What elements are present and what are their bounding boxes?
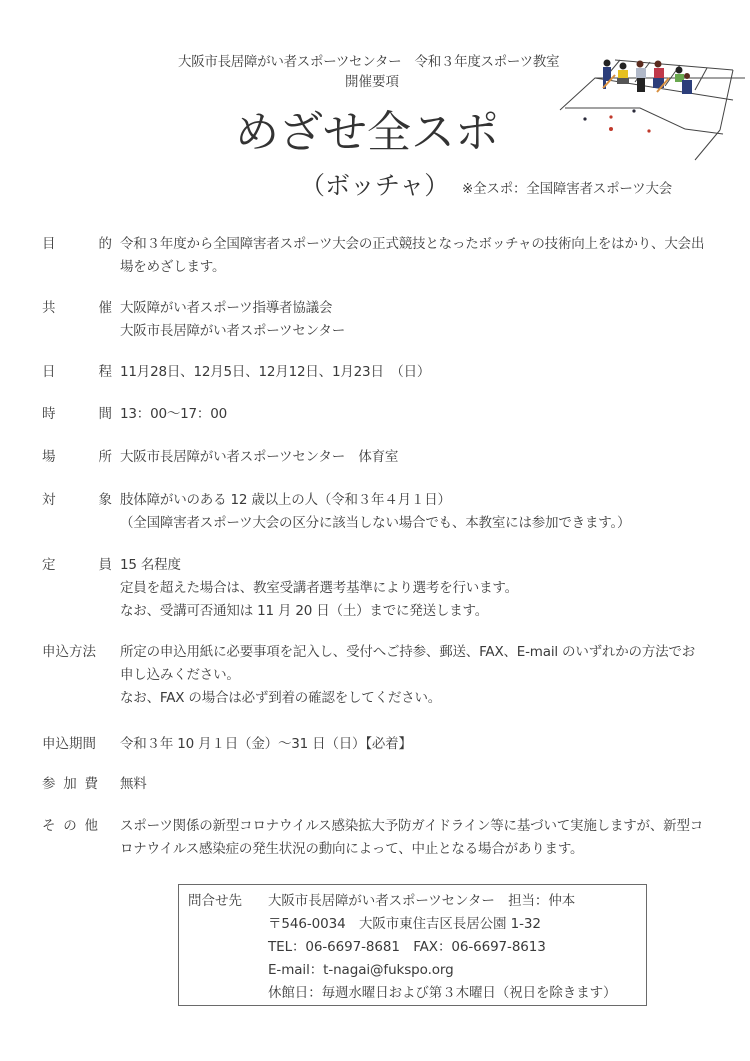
- contact-email[interactable]: E-mail：t-nagai@fukspo.org: [268, 959, 616, 982]
- section-content: 令和３年度から全国障害者スポーツ大会の正式競技となったボッチャの技術向上をはかり…: [120, 233, 730, 279]
- section-label: 定員: [42, 554, 112, 577]
- section-label: 場所: [42, 446, 112, 469]
- section-label: 日程: [42, 361, 112, 384]
- contact-organization: 大阪市長居障がい者スポーツセンター 担当：仲本: [268, 890, 616, 913]
- document-type: 開催要項: [345, 70, 399, 90]
- section-label: 共催: [42, 297, 112, 320]
- section-content: 大阪障がい者スポーツ指導者協議会 大阪市長居障がい者スポーツセンター: [120, 297, 730, 343]
- section-label: 参加費: [42, 773, 98, 796]
- contact-phone-fax: TEL：06-6697-8681 FAX：06-6697-8613: [268, 936, 616, 959]
- section-label: 申込期間: [42, 733, 112, 756]
- contact-label: 問合せ先: [188, 890, 242, 913]
- section-content: 大阪市長居障がい者スポーツセンター 体育室: [120, 446, 730, 469]
- section-content: 13：00～17：00: [120, 403, 730, 426]
- section-content: 肢体障がいのある 12 歳以上の人（令和３年４月１日） （全国障害者スポーツ大会…: [120, 489, 730, 535]
- contact-address: 〒546-0034 大阪市東住吉区長居公園 1-32: [268, 913, 616, 936]
- organizer-line: 大阪市長居障がい者スポーツセンター 令和３年度スポーツ教室: [178, 50, 559, 70]
- section-label: 申込方法: [42, 641, 112, 664]
- contact-closed-days: 休館日：毎週水曜日および第３木曜日（祝日を除きます）: [268, 982, 616, 1005]
- abbreviation-note: ※全スポ：全国障害者スポーツ大会: [462, 177, 672, 197]
- section-content: スポーツ関係の新型コロナウイルス感染拡大予防ガイドライン等に基づいて実施しますが…: [120, 815, 730, 861]
- boccia-illustration: [545, 30, 745, 170]
- section-content: 所定の申込用紙に必要事項を記入し、受付へご持参、郵送、FAX、E-mail のい…: [120, 641, 730, 710]
- section-label: 目的: [42, 233, 112, 256]
- section-content: 無料: [120, 773, 730, 796]
- section-content: 令和３年 10 月１日（金）～31 日（日）【必着】: [120, 733, 730, 756]
- section-content: 15 名程度 定員を超えた場合は、教室受講者選考基準により選考を行います。 なお…: [120, 554, 730, 623]
- contact-box: 問合せ先 大阪市長居障がい者スポーツセンター 担当：仲本 〒546-0034 大…: [178, 884, 647, 1006]
- sport-name: （ボッチャ）: [300, 166, 449, 202]
- boccia-court-icon: [545, 30, 745, 170]
- contact-details: 大阪市長居障がい者スポーツセンター 担当：仲本 〒546-0034 大阪市東住吉…: [268, 890, 616, 1005]
- section-label: 時間: [42, 403, 112, 426]
- section-label: その他: [42, 815, 98, 838]
- section-label: 対象: [42, 489, 112, 512]
- page-title: めざせ全スポ: [235, 96, 499, 160]
- section-content: 11月28日、12月5日、12月12日、1月23日 （日）: [120, 361, 730, 384]
